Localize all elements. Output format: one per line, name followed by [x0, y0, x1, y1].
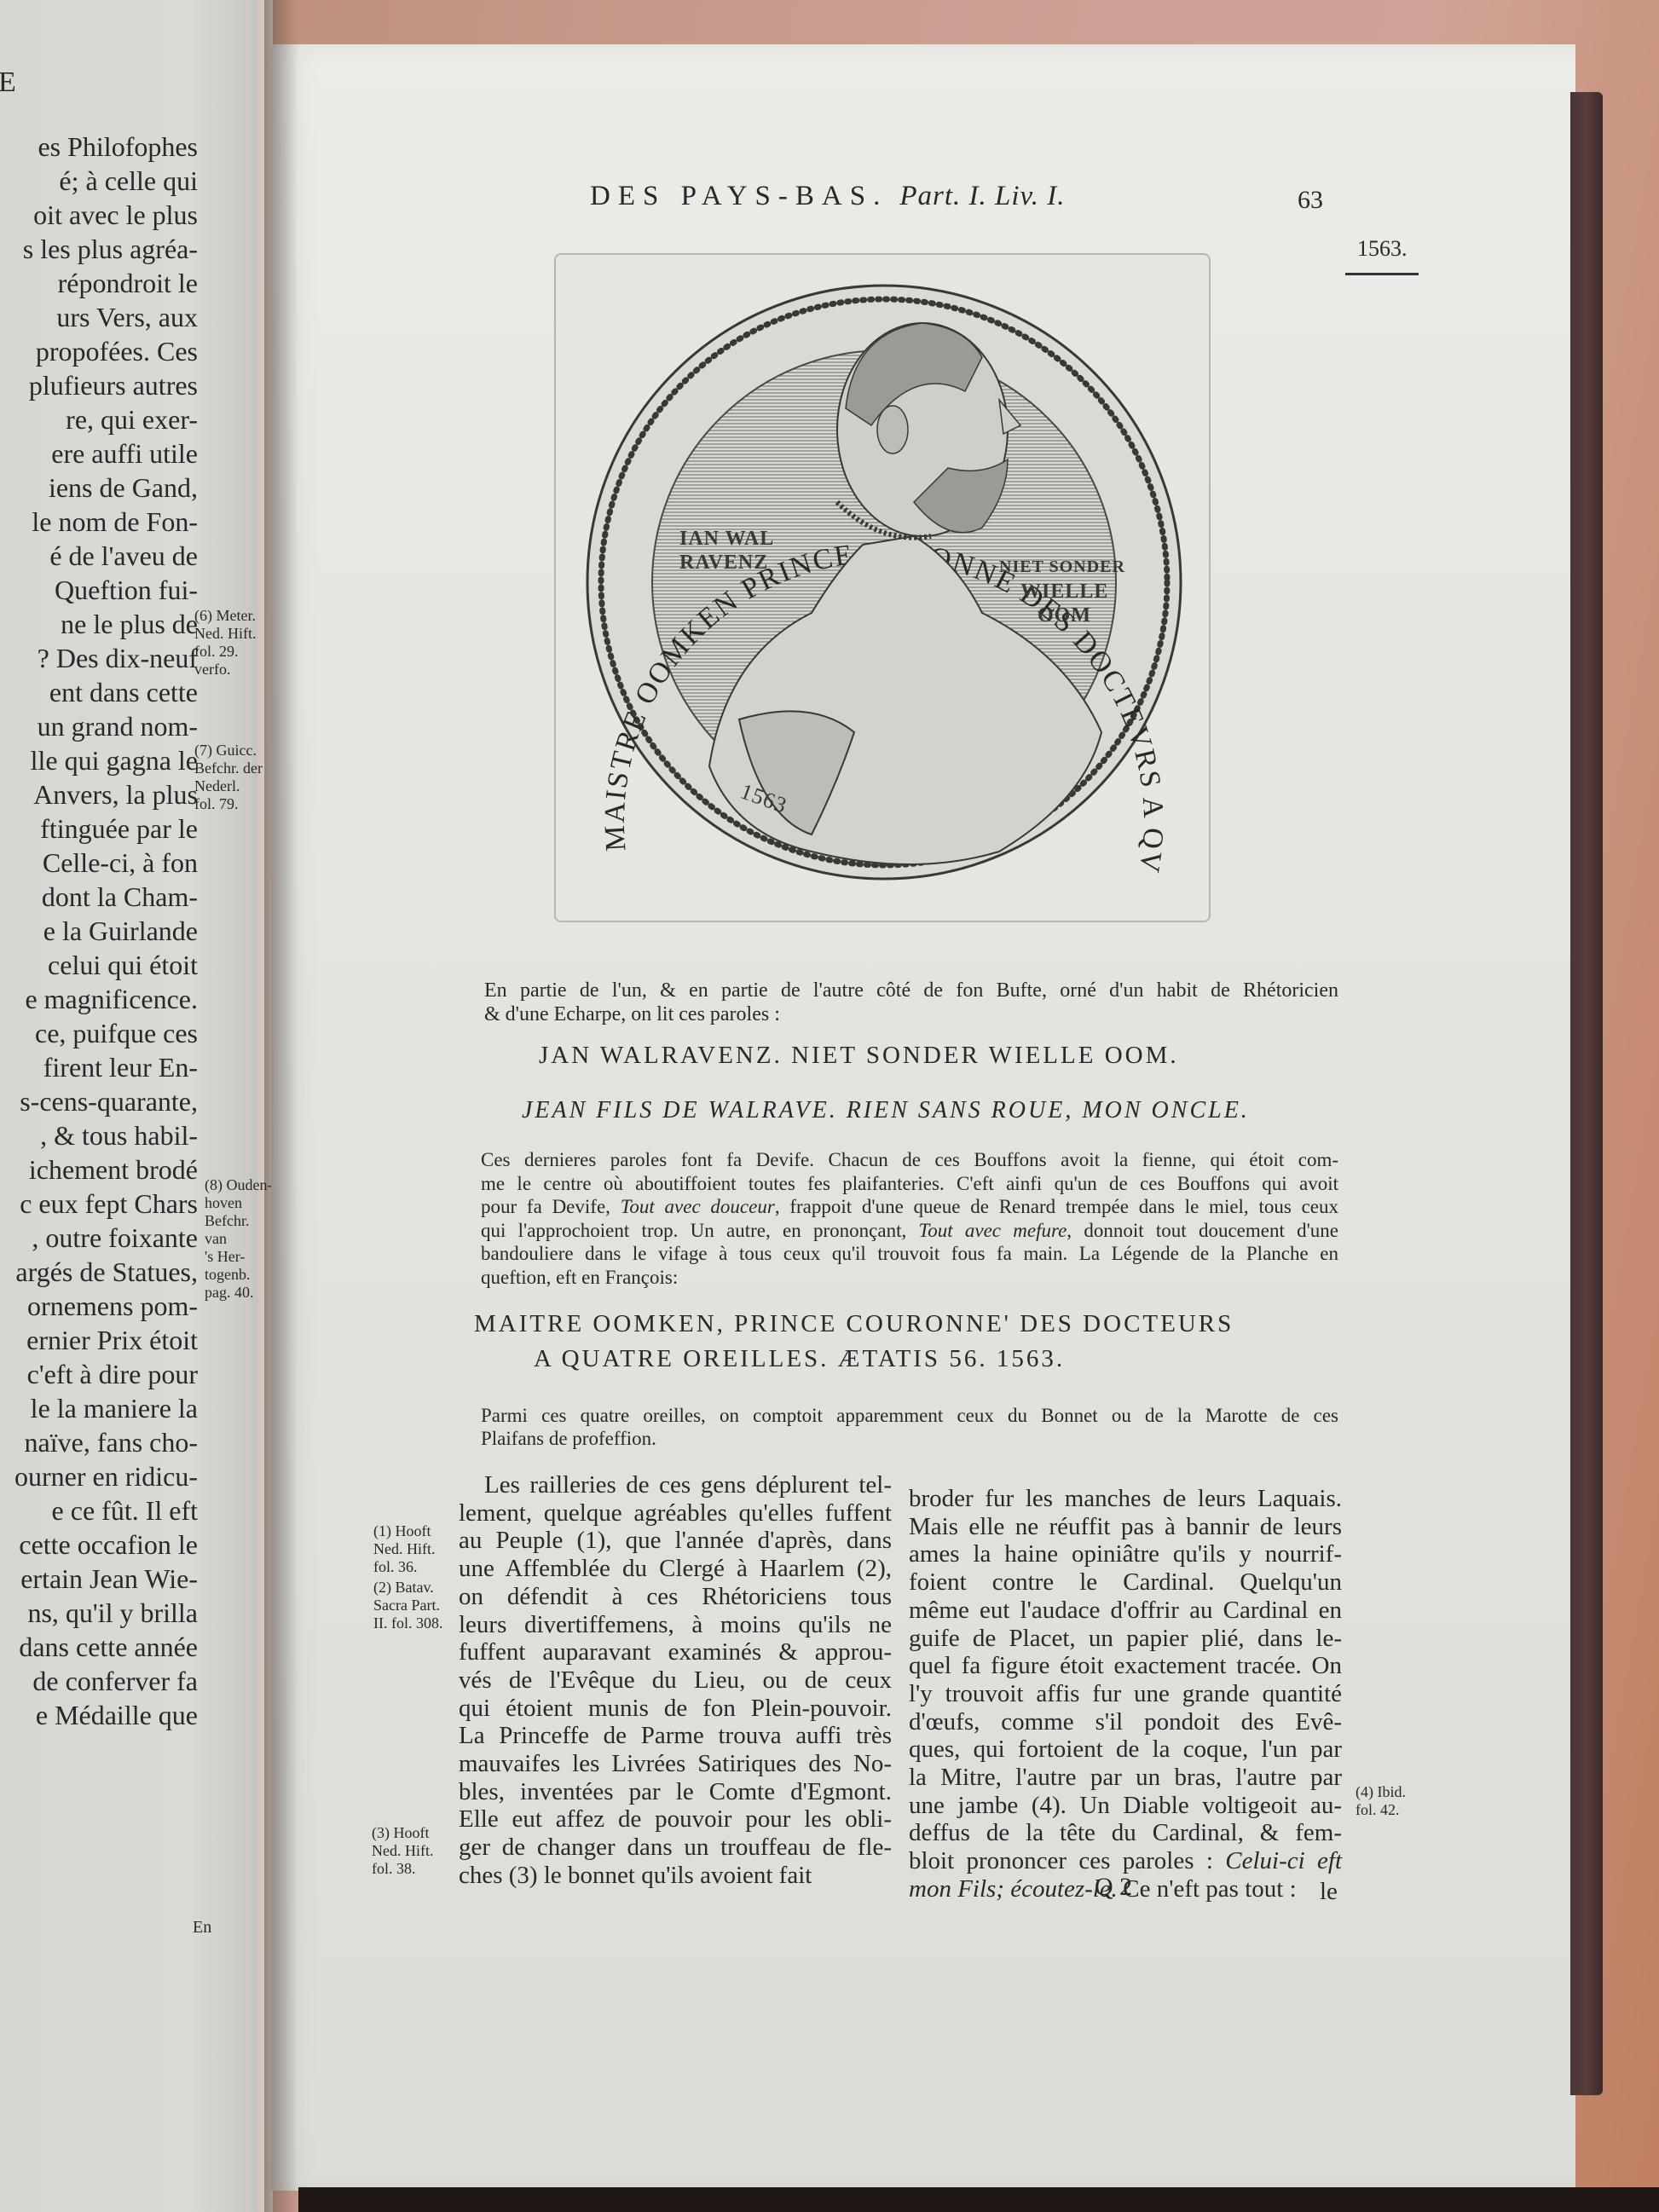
- text-line: ce, puifque ces: [0, 1016, 198, 1050]
- text-line: c eux fept Chars: [0, 1187, 198, 1221]
- text-line: propofées. Ces: [0, 334, 198, 368]
- text-line: Celle-ci, à fon: [0, 846, 198, 880]
- text-line: ernier Prix étoit: [0, 1323, 198, 1357]
- italic-phrase: Tout avec douceur: [621, 1196, 775, 1217]
- running-head-title: DES PAYS-BAS.: [590, 181, 887, 211]
- text-line: oit avec le plus: [0, 198, 198, 232]
- marginal-note: (4) Ibid.fol. 42.: [1356, 1783, 1406, 1819]
- bottom-shadow: [298, 2187, 1659, 2212]
- text-line: répondroit le: [0, 266, 198, 300]
- text-line: & d'une Echarpe, on lit ces paroles :: [484, 1002, 1338, 1026]
- text-line: de conferver fa: [0, 1664, 198, 1698]
- medal-portrait-icon: MAISTRE OOMKEN PRINCE CORONNE DES DOCTEV…: [556, 255, 1212, 924]
- svg-text:IAN WAL: IAN WAL: [679, 528, 774, 550]
- text-line: foient contre le Cardinal. Quelqu'un: [909, 1568, 1342, 1597]
- text-line: Elle eut affez de pouvoir pour les obli-: [459, 1805, 892, 1834]
- text-line: ourner en ridicu-: [0, 1459, 198, 1493]
- text-line: ftinguée par le: [0, 811, 198, 846]
- svg-text:WIELLE: WIELLE: [1020, 580, 1108, 603]
- text-line: broder fur les manches de leurs Laquais.: [909, 1485, 1342, 1513]
- text-line: dans cette année: [0, 1630, 198, 1664]
- medal-engraving-plate: MAISTRE OOMKEN PRINCE CORONNE DES DOCTEV…: [554, 253, 1211, 922]
- text-line: c'eft à dire pour: [0, 1357, 198, 1391]
- book-cover-edge: [1570, 92, 1603, 2095]
- text-line: naïve, fans cho-: [0, 1425, 198, 1459]
- catchword: le: [1320, 1878, 1338, 1906]
- text-column-right: broder fur les manches de leurs Laquais.…: [909, 1485, 1342, 1903]
- text-line: quel fa figure étoit exactement tracée. …: [909, 1652, 1342, 1680]
- text-line: ? Des dix-neuf: [0, 641, 198, 675]
- text-line: la Mitre, l'autre par un bras, l'autre p…: [909, 1764, 1342, 1792]
- left-catchword: En: [193, 1918, 211, 1938]
- text-line: ertain Jean Wie-: [0, 1562, 198, 1596]
- text-line: lle qui gagna le: [0, 743, 198, 777]
- text-line: ques, qui fortoient de la coque, l'un pa…: [909, 1736, 1342, 1764]
- text-line: ames la haine opiniâtre qu'ils y nourrif…: [909, 1540, 1342, 1568]
- legend-dutch: JAN WALRAVENZ. NIET SONDER WIELLE OOM.: [539, 1042, 1179, 1070]
- text-line: argés de Statues,: [0, 1255, 198, 1289]
- text-line: Queftion fui-: [0, 573, 198, 607]
- legende-line-1: MAITRE OOMKEN, PRINCE COURONNE' DES DOCT…: [474, 1310, 1234, 1338]
- text-line: Les railleries de ces gens déplurent tel…: [459, 1471, 892, 1499]
- text-line: queftion, eft en François:: [481, 1266, 1338, 1290]
- text-line: ornemens pom-: [0, 1289, 198, 1323]
- text-line: s les plus agréa-: [0, 232, 198, 266]
- text-line: leurs divertiffemens, à moins qu'ils ne: [459, 1611, 892, 1639]
- text-line: guife de Placet, un papier plié, dans le…: [909, 1625, 1342, 1653]
- text-line: même eut l'audace d'offrir au Cardinal e…: [909, 1597, 1342, 1625]
- text-line: cette occafion le: [0, 1528, 198, 1562]
- text-line: ches (3) le bonnet qu'ils avoient fait: [459, 1862, 892, 1890]
- text-line: urs Vers, aux: [0, 300, 198, 334]
- text-line: ichement brodé: [0, 1152, 198, 1187]
- marginal-note: (8) Ouden-hovenBefchr. van's Her-togenb.…: [205, 1176, 273, 1302]
- year-margin: 1563.: [1357, 236, 1408, 262]
- svg-text:OOM: OOM: [1038, 604, 1091, 627]
- text-line: En partie de l'un, & en partie de l'autr…: [484, 979, 1338, 1002]
- text-line: lement, quelque agréables qu'elles fuffe…: [459, 1499, 892, 1528]
- italic-phrase: Celui-ci eft: [1225, 1847, 1342, 1874]
- text-line: re, qui exer-: [0, 402, 198, 436]
- text-line: ne le plus de: [0, 607, 198, 641]
- text-line: une Affemblée du Clergé à Haarlem (2),: [459, 1555, 892, 1583]
- left-running-head: E: [0, 66, 20, 99]
- marginal-note: (6) Meter.Ned. Hift.fol. 29.verfo.: [194, 607, 256, 679]
- text-line: ere auffi utile: [0, 436, 198, 471]
- text-line: e magnificence.: [0, 982, 198, 1016]
- text-line: l'y trouvoit affis fur une grande quanti…: [909, 1680, 1342, 1708]
- text-line: qui étoient munis de fon Plein-pouvoir.: [459, 1695, 892, 1723]
- text-line: qui l'approchoient trop. Un autre, en pr…: [481, 1219, 1338, 1243]
- text-line: une jambe (4). Un Diable voltigeoit au-: [909, 1792, 1342, 1820]
- text-line: pour fa Devife, Tout avec douceur, frapp…: [481, 1195, 1338, 1219]
- text-line: , & tous habil-: [0, 1118, 198, 1152]
- italic-phrase: mon Fils; écoutez-le: [909, 1875, 1111, 1903]
- text-line: fuffent auparavant examinés & approu-: [459, 1638, 892, 1666]
- text-line: Plaifans de profeffion.: [481, 1427, 1338, 1450]
- text-line: e ce fût. Il eft: [0, 1493, 198, 1528]
- year-rule: [1345, 273, 1419, 275]
- signature-mark: Q 2: [1095, 1873, 1132, 1902]
- marginal-note: (3) HooftNed. Hift.fol. 38.: [372, 1824, 433, 1878]
- svg-text:RAVENZ: RAVENZ: [679, 552, 768, 574]
- text-line: on défendit à ces Rhétoriciens tous: [459, 1583, 892, 1611]
- marginal-note: (2) Batav.Sacra Part.II. fol. 308.: [373, 1579, 442, 1632]
- text-line: le la maniere la: [0, 1391, 198, 1425]
- text-line: s-cens-quarante,: [0, 1084, 198, 1118]
- text-line: un grand nom-: [0, 709, 198, 743]
- text-line: firent leur En-: [0, 1050, 198, 1084]
- text-line: au Peuple (1), que l'année d'après, dans: [459, 1527, 892, 1555]
- text-line: iens de Gand,: [0, 471, 198, 505]
- text-line: Ces dernieres paroles font fa Devife. Ch…: [481, 1148, 1338, 1172]
- text-line: vés de l'Evêque du Lieu, ou de ceux: [459, 1666, 892, 1695]
- text-line: deffus de la tête du Cardinal, & fem-: [909, 1819, 1342, 1847]
- legende-line-2: A QUATRE OREILLES. ÆTATIS 56. 1563.: [534, 1345, 1065, 1373]
- text-line: ent dans cette: [0, 675, 198, 709]
- text-line: Mais elle ne réuffit pas à bannir de leu…: [909, 1513, 1342, 1541]
- text-line: celui qui étoit: [0, 948, 198, 982]
- left-page-text: es Philofophesé; à celle quioit avec le …: [0, 130, 198, 1732]
- text-line: d'œufs, comme s'il pondoit des Evê-: [909, 1708, 1342, 1736]
- text-line: bloit prononcer ces paroles : Celui-ci e…: [909, 1847, 1342, 1875]
- text-line: e Médaille que: [0, 1698, 198, 1732]
- text-line: es Philofophes: [0, 130, 198, 164]
- text-line: , outre foixante: [0, 1221, 198, 1255]
- plate-caption: En partie de l'un, & en partie de l'autr…: [484, 979, 1338, 1026]
- text-line: é de l'aveu de: [0, 539, 198, 573]
- text-column-left: Les railleries de ces gens déplurent tel…: [459, 1471, 892, 1890]
- book-gutter: [264, 0, 298, 2212]
- marginal-note: (7) Guicc.Befchr. derNederl.fol. 79.: [194, 742, 263, 813]
- text-line: e la Guirlande: [0, 914, 198, 948]
- text-line: ns, qu'il y brilla: [0, 1596, 198, 1630]
- italic-phrase: Tout avec mefure: [919, 1220, 1067, 1241]
- marginal-note: (1) HooftNed. Hift.fol. 36.: [373, 1522, 435, 1576]
- text-line: é; à celle qui: [0, 164, 198, 198]
- text-line: La Princeffe de Parme trouva auffi très: [459, 1722, 892, 1750]
- text-line: bles, inventées par le Comte d'Egmont.: [459, 1778, 892, 1806]
- text-line: me le centre où aboutiffoient toutes fes…: [481, 1172, 1338, 1196]
- legend-french: JEAN FILS DE WALRAVE. RIEN SANS ROUE, MO…: [522, 1097, 1250, 1124]
- svg-text:NIET SONDER: NIET SONDER: [999, 557, 1125, 576]
- text-line: Parmi ces quatre oreilles, on comptoit a…: [481, 1404, 1338, 1427]
- running-head: DES PAYS-BAS.Part. I. Liv. I.: [590, 181, 1065, 212]
- left-page: E es Philofophesé; à celle quioit avec l…: [0, 0, 273, 2212]
- page-number: 63: [1298, 186, 1323, 215]
- devise-paragraph: Ces dernieres paroles font fa Devife. Ch…: [481, 1148, 1338, 1289]
- text-line: plufieurs autres: [0, 368, 198, 402]
- text-line: mauvaifes les Livrées Satiriques des No-: [459, 1750, 892, 1778]
- text-line: Anvers, la plus: [0, 777, 198, 811]
- parmi-paragraph: Parmi ces quatre oreilles, on comptoit a…: [481, 1404, 1338, 1450]
- text-line: le nom de Fon-: [0, 505, 198, 539]
- text-line: dont la Cham-: [0, 880, 198, 914]
- running-head-part: Part. I. Liv. I.: [899, 181, 1065, 211]
- text-line: ger de changer dans un trouffeau de fle-: [459, 1834, 892, 1862]
- text-line: bandouliere dans le vifage à tous ceux q…: [481, 1242, 1338, 1266]
